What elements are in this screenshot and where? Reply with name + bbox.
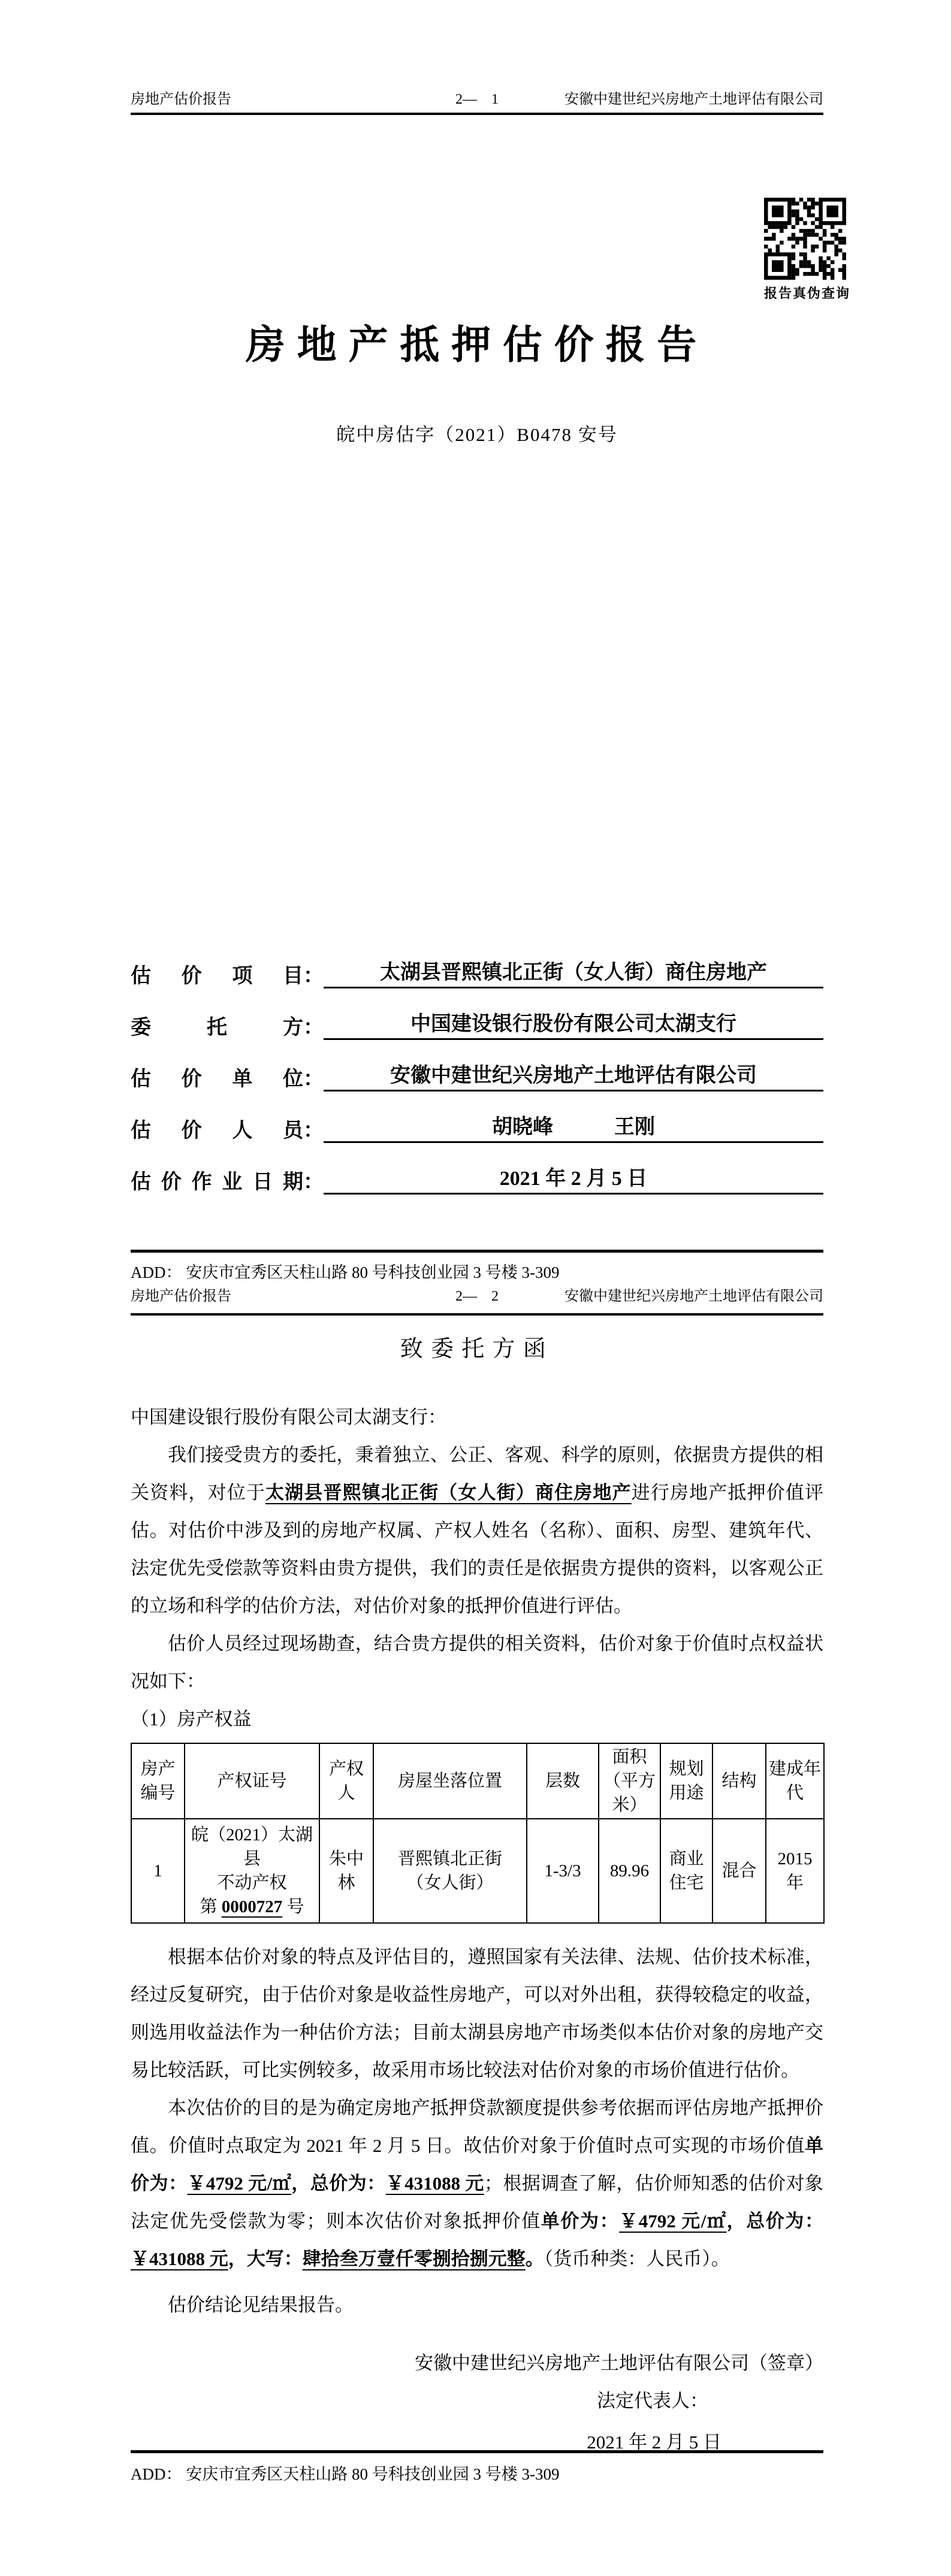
page2-footer-rule (131, 2450, 823, 2453)
col-header-area: 面积（平方米） (599, 1743, 660, 1819)
qr-caption: 报告真伪查询 (764, 283, 848, 302)
table-header-row: 房产编号 产权证号 产权人 房屋坐落位置 层数 面积（平方米） 规划用途 结构 … (131, 1743, 824, 1819)
field-label: 估价项目 (131, 959, 303, 988)
table-row: 1 皖（2021）太湖县 不动产权 第 0000727 号 朱中林 晋熙镇北正街… (131, 1819, 824, 1923)
text-segment: ， (727, 2211, 747, 2232)
field-client: 委托方 ： 中国建设银行股份有限公司太湖支行 (131, 988, 823, 1040)
report-document-number: 皖中房估字（2021）B0478 安号 (131, 419, 823, 446)
col-header-property-no: 房产编号 (131, 1743, 185, 1819)
letter-paragraph-4: 本次估价的目的是为确定房地产抵押贷款额度提供参考依据而评估房地产抵押价值。价值时… (131, 2089, 823, 2278)
field-colon: ： (303, 1114, 324, 1143)
field-label: 委托方 (131, 1011, 303, 1040)
field-value: 2021 年 2 月 5 日 (324, 1162, 823, 1195)
signature-company: 安徽中建世纪兴房地产土地评估有限公司（签章） (131, 2344, 823, 2382)
cell-year: 2015 年 (766, 1819, 824, 1923)
page1-footer-address: ADD： 安庆市宜秀区天柱山路 80 号科技创业园 3 号楼 3-309 (131, 1259, 823, 1283)
page2-header-page-number: 2— 2 (455, 1288, 499, 1305)
page2-running-header: 房地产估价报告 2— 2 安徽中建世纪兴房地产土地评估有限公司 (131, 1288, 823, 1305)
col-header-location: 房屋坐落位置 (373, 1743, 527, 1819)
field-label: 估价人员 (131, 1114, 303, 1143)
page2-header-company: 安徽中建世纪兴房地产土地评估有限公司 (499, 1288, 823, 1305)
field-value: 安徽中建世纪兴房地产土地评估有限公司 (324, 1059, 823, 1092)
field-value: 太湖县晋熙镇北正街（女人街）商住房地产 (324, 956, 823, 988)
cell-property-no: 1 (131, 1819, 185, 1923)
field-appraisers: 估价人员 ： 胡晓峰 王刚 (131, 1092, 823, 1143)
letter-body: 中国建设银行股份有限公司太湖支行： 我们接受贵方的委托，秉着独立、公正、客观、科… (131, 1398, 823, 2461)
col-header-floors: 层数 (527, 1743, 599, 1819)
text-segment: 号 (282, 1897, 304, 1916)
property-rights-table: 房产编号 产权证号 产权人 房屋坐落位置 层数 面积（平方米） 规划用途 结构 … (131, 1743, 825, 1924)
field-colon: ： (303, 1165, 324, 1195)
cover-fields: 估价项目 ： 太湖县晋熙镇北正街（女人街）商住房地产 委托方 ： 中国建设银行股… (131, 937, 823, 1195)
letter-salutation: 中国建设银行股份有限公司太湖支行： (131, 1398, 823, 1436)
text-segment: ， (291, 2173, 310, 2194)
text-segment: 。 (526, 2248, 544, 2269)
text-segment: ￥431088 元 (386, 2173, 484, 2194)
field-value: 中国建设银行股份有限公司太湖支行 (324, 1007, 823, 1040)
text-segment: 总价为： (746, 2211, 823, 2232)
text-segment: 根据本估价对象的特点及评估目的，遵照国家有关法律、法规、估价技术标准，经过反复研… (131, 1946, 823, 2081)
page1-running-header: 房地产估价报告 2— 1 安徽中建世纪兴房地产土地评估有限公司 (131, 91, 823, 108)
location-line-1: 晋熙镇北正街 (376, 1847, 524, 1871)
cell-structure: 混合 (713, 1819, 766, 1923)
qr-block: 报告真伪查询 (764, 198, 848, 302)
col-header-year: 建成年代 (766, 1743, 824, 1819)
text-segment: 肆拾叁万壹仟零捌拾捌元整 (303, 2248, 526, 2269)
field-colon: ： (303, 1011, 324, 1040)
qr-code-icon (764, 198, 846, 280)
page2-footer-address: ADD： 安庆市宜秀区天柱山路 80 号科技创业园 3 号楼 3-309 (131, 2461, 823, 2484)
text-segment: ￥4792 元/㎡ (187, 2173, 291, 2194)
col-header-usage: 规划用途 (660, 1743, 713, 1819)
field-label: 估价作业日期 (131, 1165, 303, 1195)
page1-header-company: 安徽中建世纪兴房地产土地评估有限公司 (499, 91, 823, 108)
page1-header-rule (131, 113, 823, 115)
cell-usage: 商业住宅 (660, 1819, 713, 1923)
letter-paragraph-3: 根据本估价对象的特点及评估目的，遵照国家有关法律、法规、估价技术标准，经过反复研… (131, 1938, 823, 2089)
letter-paragraph-1: 我们接受贵方的委托，秉着独立、公正、客观、科学的原则，依据贵方提供的相关资料，对… (131, 1436, 823, 1625)
letter-title: 致委托方函 (131, 1330, 823, 1363)
location-line-2: （女人街） (376, 1871, 524, 1895)
text-segment: 0000727 (222, 1897, 283, 1916)
page1-header-page-number: 2— 1 (455, 91, 499, 108)
field-appraisal-agency: 估价单位 ： 安徽中建世纪兴房地产土地评估有限公司 (131, 1040, 823, 1092)
field-colon: ： (303, 959, 324, 988)
text-segment: 第 (200, 1897, 221, 1916)
col-header-owner: 产权人 (319, 1743, 373, 1819)
text-segment: 总价为： (310, 2173, 386, 2194)
field-colon: ： (303, 1062, 324, 1092)
text-segment: 太湖县晋熙镇北正街（女人街）商住房地产 (265, 1482, 632, 1503)
field-appraisal-date: 估价作业日期 ： 2021 年 2 月 5 日 (131, 1143, 823, 1195)
cert-line-1: 皖（2021）太湖县 (188, 1823, 316, 1871)
page2-header-doc-type: 房地产估价报告 (131, 1288, 455, 1305)
text-segment: 单价为： (541, 2211, 619, 2232)
col-header-cert-no: 产权证号 (185, 1743, 319, 1819)
text-segment: 大写： (247, 2248, 303, 2269)
text-segment: ￥4792 元/㎡ (619, 2211, 726, 2232)
text-segment: 本次估价的目的是为确定房地产抵押贷款额度提供参考依据而评估房地产抵押价值。价值时… (131, 2097, 823, 2156)
cell-area: 89.96 (599, 1819, 660, 1923)
field-appraisal-project: 估价项目 ： 太湖县晋熙镇北正街（女人街）商住房地产 (131, 937, 823, 988)
cell-owner: 朱中林 (319, 1819, 373, 1923)
page1-footer-rule (131, 1250, 823, 1253)
field-value: 胡晓峰 王刚 (324, 1110, 823, 1143)
signature-block: 安徽中建世纪兴房地产土地评估有限公司（签章） 法定代表人： 2021 年 2 月… (131, 2344, 823, 2461)
cell-location: 晋熙镇北正街 （女人街） (373, 1819, 527, 1923)
text-segment: ， (228, 2248, 247, 2269)
cell-floors: 1-3/3 (527, 1819, 599, 1923)
cert-line-3: 第 0000727 号 (188, 1895, 316, 1919)
letter-list-item-1: （1）房产权益 (131, 1700, 823, 1738)
report-title: 房地产抵押估价报告 (71, 313, 883, 370)
col-header-structure: 结构 (713, 1743, 766, 1819)
cell-cert-no: 皖（2021）太湖县 不动产权 第 0000727 号 (185, 1819, 319, 1923)
signature-legal-representative: 法定代表人： (131, 2382, 823, 2420)
field-label: 估价单位 (131, 1062, 303, 1092)
page2-header-rule (131, 1313, 823, 1316)
signature-date: 2021 年 2 月 5 日 (131, 2423, 823, 2461)
text-segment: （货币种类：人民币）。 (544, 2248, 730, 2269)
cert-line-2: 不动产权 (188, 1871, 316, 1895)
text-segment: ￥431088 元 (131, 2248, 228, 2269)
letter-paragraph-5: 估价结论见结果报告。 (131, 2286, 823, 2324)
appraisal-report-document: 房地产估价报告 2— 1 安徽中建世纪兴房地产土地评估有限公司 报告真伪查询 房… (0, 0, 951, 2576)
page1-header-doc-type: 房地产估价报告 (131, 91, 455, 108)
text-segment: 估价人员经过现场勘查，结合贵方提供的相关资料，估价对象于价值时点权益状况如下： (131, 1633, 823, 1692)
letter-paragraph-2: 估价人员经过现场勘查，结合贵方提供的相关资料，估价对象于价值时点权益状况如下： (131, 1625, 823, 1700)
